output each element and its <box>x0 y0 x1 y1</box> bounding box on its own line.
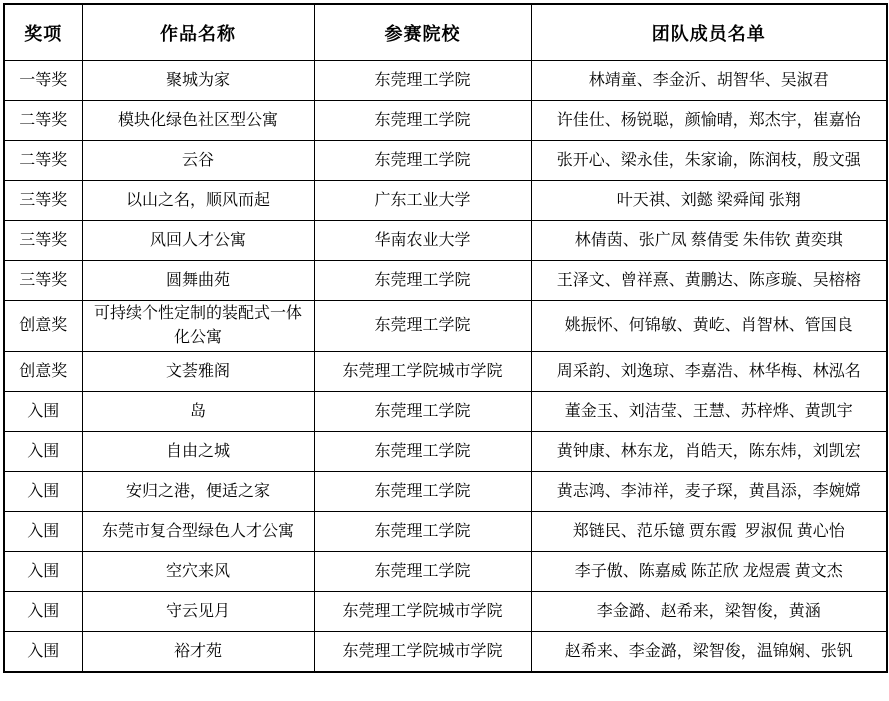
school-cell: 东莞理工学院 <box>314 141 531 181</box>
school-cell: 东莞理工学院 <box>314 472 531 512</box>
members-cell: 黄钟康、林东龙，肖皓天，陈东炜，刘凯宏 <box>531 432 887 472</box>
members-cell: 赵希来、李金潞，梁智俊，温锦娴、张钒 <box>531 632 887 673</box>
award-cell: 入围 <box>4 432 82 472</box>
table-row: 入围 岛 东莞理工学院 董金玉、刘洁莹、王慧、苏梓烨、黄凯宇 <box>4 392 887 432</box>
work-cell: 以山之名，顺风而起 <box>82 181 314 221</box>
school-cell: 东莞理工学院 <box>314 432 531 472</box>
school-cell: 华南农业大学 <box>314 221 531 261</box>
award-cell: 二等奖 <box>4 141 82 181</box>
header-row: 奖项 作品名称 参赛院校 团队成员名单 <box>4 4 887 61</box>
column-header-members: 团队成员名单 <box>531 4 887 61</box>
table-row: 二等奖 模块化绿色社区型公寓 东莞理工学院 许佳仕、杨锐聪，颜愉晴，郑杰宇，崔嘉… <box>4 101 887 141</box>
school-cell: 东莞理工学院城市学院 <box>314 632 531 673</box>
awards-table: 奖项 作品名称 参赛院校 团队成员名单 一等奖 聚城为家 东莞理工学院 林靖童、… <box>3 3 888 673</box>
work-cell: 守云见月 <box>82 592 314 632</box>
award-cell: 入围 <box>4 512 82 552</box>
work-cell: 自由之城 <box>82 432 314 472</box>
school-cell: 东莞理工学院城市学院 <box>314 592 531 632</box>
column-header-school: 参赛院校 <box>314 4 531 61</box>
table-row: 创意奖 可持续个性定制的装配式一体化公寓 东莞理工学院 姚振怀、何锦敏、黄屹、肖… <box>4 301 887 352</box>
work-cell: 风回人才公寓 <box>82 221 314 261</box>
work-cell: 云谷 <box>82 141 314 181</box>
table-row: 创意奖 文荟雅阁 东莞理工学院城市学院 周采韵、刘逸琼、李嘉浩、林华梅、林泓名 <box>4 352 887 392</box>
members-cell: 林靖童、李金沂、胡智华、吴淑君 <box>531 61 887 101</box>
work-cell: 安归之港，便适之家 <box>82 472 314 512</box>
table-row: 入围 东莞市复合型绿色人才公寓 东莞理工学院 郑链民、范乐镱 贾东霞 罗淑侃 黄… <box>4 512 887 552</box>
school-cell: 东莞理工学院 <box>314 512 531 552</box>
members-cell: 王泽文、曾祥熹、黄鹏达、陈彦璇、吴榕榕 <box>531 261 887 301</box>
award-cell: 创意奖 <box>4 352 82 392</box>
table-row: 入围 空穴来风 东莞理工学院 李子傲、陈嘉威 陈芷欣 龙煜震 黄文杰 <box>4 552 887 592</box>
members-cell: 李子傲、陈嘉威 陈芷欣 龙煜震 黄文杰 <box>531 552 887 592</box>
table-row: 三等奖 以山之名，顺风而起 广东工业大学 叶天祺、刘懿 梁舜闻 张翔 <box>4 181 887 221</box>
work-cell: 岛 <box>82 392 314 432</box>
school-cell: 东莞理工学院城市学院 <box>314 352 531 392</box>
table-row: 入围 安归之港，便适之家 东莞理工学院 黄志鸿、李沛祥，麦子琛，黄昌添，李婉嫦 <box>4 472 887 512</box>
members-cell: 周采韵、刘逸琼、李嘉浩、林华梅、林泓名 <box>531 352 887 392</box>
table-row: 一等奖 聚城为家 东莞理工学院 林靖童、李金沂、胡智华、吴淑君 <box>4 61 887 101</box>
members-cell: 林倩茵、张广凤 蔡倩雯 朱伟钦 黄奕琪 <box>531 221 887 261</box>
column-header-work: 作品名称 <box>82 4 314 61</box>
school-cell: 东莞理工学院 <box>314 101 531 141</box>
award-cell: 三等奖 <box>4 221 82 261</box>
award-cell: 三等奖 <box>4 181 82 221</box>
members-cell: 李金潞、赵希来，梁智俊，黄涵 <box>531 592 887 632</box>
award-cell: 二等奖 <box>4 101 82 141</box>
members-cell: 郑链民、范乐镱 贾东霞 罗淑侃 黄心怡 <box>531 512 887 552</box>
work-cell: 文荟雅阁 <box>82 352 314 392</box>
table-row: 三等奖 风回人才公寓 华南农业大学 林倩茵、张广凤 蔡倩雯 朱伟钦 黄奕琪 <box>4 221 887 261</box>
award-cell: 创意奖 <box>4 301 82 352</box>
award-cell: 入围 <box>4 552 82 592</box>
members-cell: 张开心、梁永佳，朱家谕，陈润枝，殷文强 <box>531 141 887 181</box>
column-header-award: 奖项 <box>4 4 82 61</box>
school-cell: 东莞理工学院 <box>314 261 531 301</box>
work-cell: 模块化绿色社区型公寓 <box>82 101 314 141</box>
members-cell: 叶天祺、刘懿 梁舜闻 张翔 <box>531 181 887 221</box>
school-cell: 东莞理工学院 <box>314 392 531 432</box>
work-cell: 聚城为家 <box>82 61 314 101</box>
award-cell: 三等奖 <box>4 261 82 301</box>
table-row: 入围 守云见月 东莞理工学院城市学院 李金潞、赵希来，梁智俊，黄涵 <box>4 592 887 632</box>
table-row: 入围 自由之城 东莞理工学院 黄钟康、林东龙，肖皓天，陈东炜，刘凯宏 <box>4 432 887 472</box>
work-cell: 空穴来风 <box>82 552 314 592</box>
school-cell: 东莞理工学院 <box>314 61 531 101</box>
work-cell: 圆舞曲苑 <box>82 261 314 301</box>
school-cell: 东莞理工学院 <box>314 301 531 352</box>
school-cell: 东莞理工学院 <box>314 552 531 592</box>
members-cell: 黄志鸿、李沛祥，麦子琛，黄昌添，李婉嫦 <box>531 472 887 512</box>
table-row: 入围 裕才苑 东莞理工学院城市学院 赵希来、李金潞，梁智俊，温锦娴、张钒 <box>4 632 887 673</box>
work-cell: 东莞市复合型绿色人才公寓 <box>82 512 314 552</box>
award-cell: 入围 <box>4 592 82 632</box>
award-cell: 一等奖 <box>4 61 82 101</box>
table-row: 二等奖 云谷 东莞理工学院 张开心、梁永佳，朱家谕，陈润枝，殷文强 <box>4 141 887 181</box>
work-cell: 可持续个性定制的装配式一体化公寓 <box>82 301 314 352</box>
award-cell: 入围 <box>4 392 82 432</box>
members-cell: 董金玉、刘洁莹、王慧、苏梓烨、黄凯宇 <box>531 392 887 432</box>
members-cell: 许佳仕、杨锐聪，颜愉晴，郑杰宇，崔嘉怡 <box>531 101 887 141</box>
members-cell: 姚振怀、何锦敏、黄屹、肖智林、管国良 <box>531 301 887 352</box>
award-cell: 入围 <box>4 632 82 673</box>
work-cell: 裕才苑 <box>82 632 314 673</box>
award-cell: 入围 <box>4 472 82 512</box>
school-cell: 广东工业大学 <box>314 181 531 221</box>
table-row: 三等奖 圆舞曲苑 东莞理工学院 王泽文、曾祥熹、黄鹏达、陈彦璇、吴榕榕 <box>4 261 887 301</box>
